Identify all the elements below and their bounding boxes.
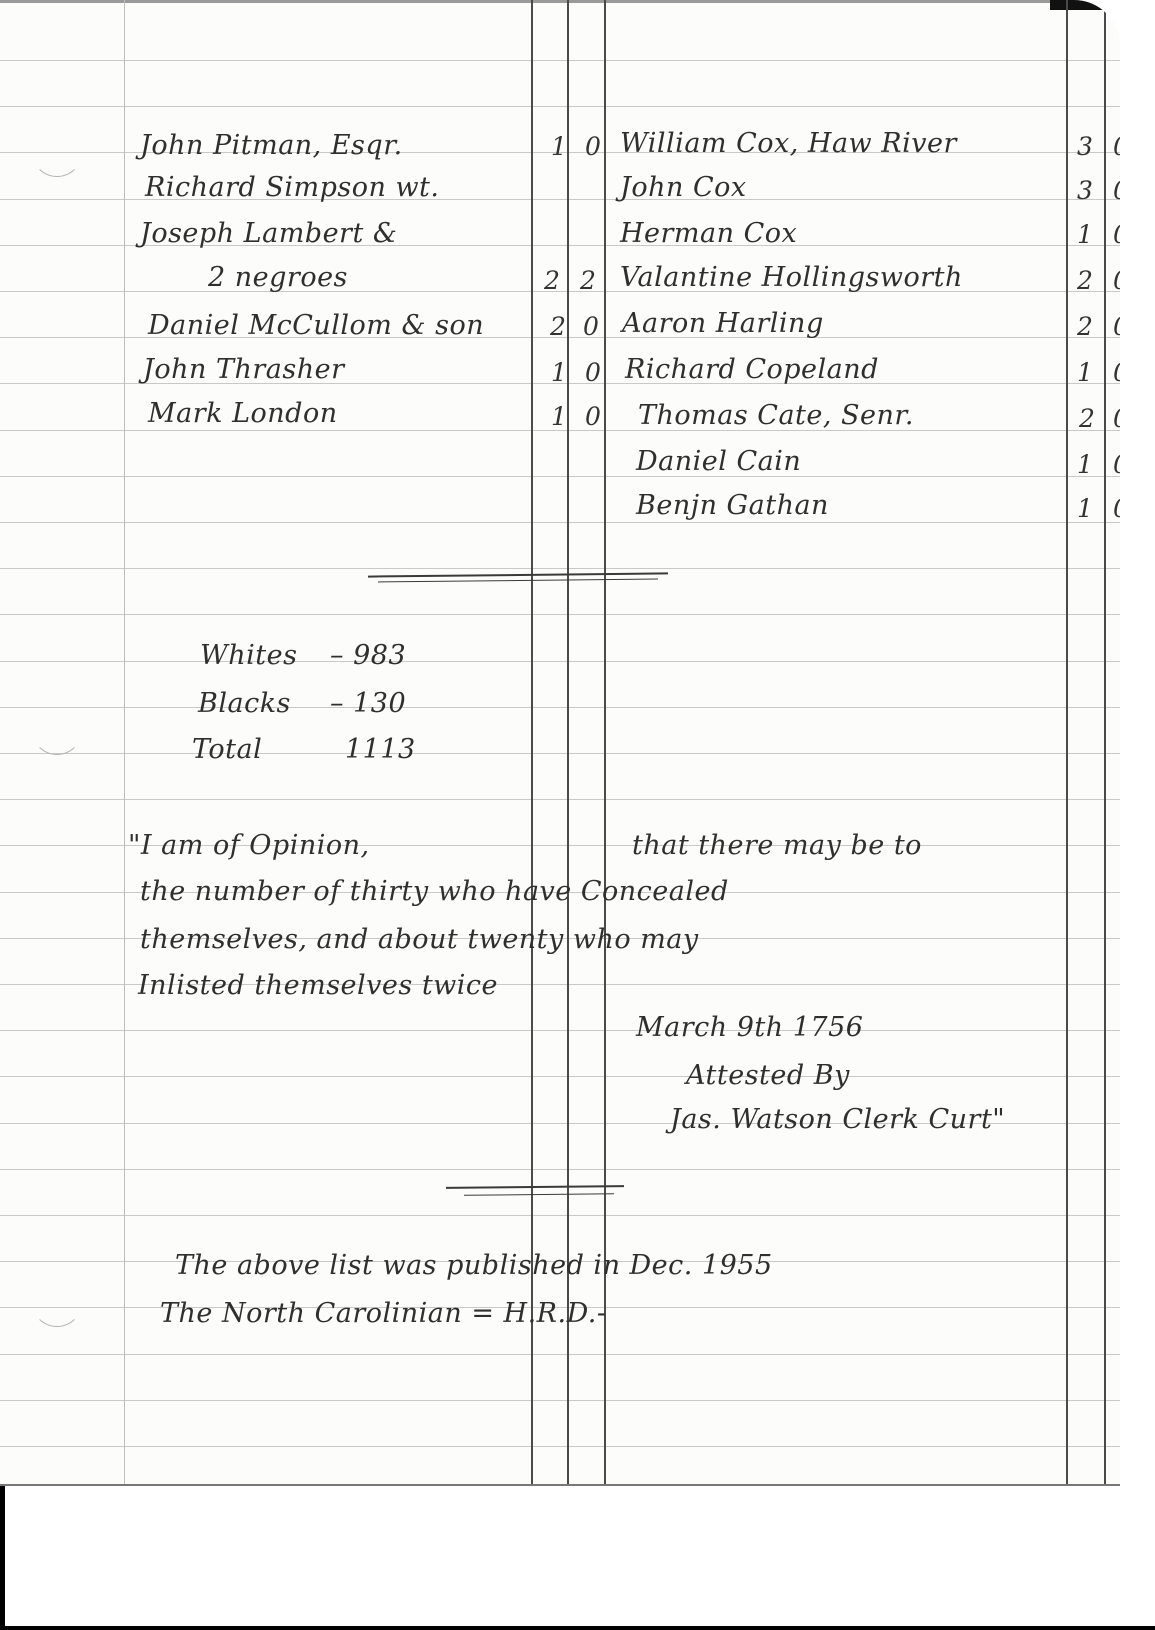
entry-name: Aaron Harling (622, 308, 824, 339)
entry-count-1: 1 (1074, 450, 1096, 479)
entry-name: John Thrasher (143, 354, 344, 385)
ruled-line (0, 476, 1120, 477)
entry-count-2: 0 (1110, 404, 1120, 433)
entry-name: Daniel Cain (636, 446, 801, 477)
section-divider (446, 1185, 624, 1189)
whites-value: – 983 (330, 640, 406, 671)
ruled-line (0, 614, 1120, 615)
entry-count-2: 0 (1110, 450, 1120, 479)
entry-name: John Pitman, Esqr. (140, 130, 403, 161)
entry-count-2: 0 (582, 132, 604, 161)
entry-count-1: 2 (1076, 404, 1098, 433)
quote-line: "I am of Opinion, (128, 830, 370, 861)
entry-name: Richard Simpson wt. (145, 172, 440, 203)
entry-name: Thomas Cate, Senr. (638, 400, 914, 431)
entry-count-1: 2 (1074, 312, 1096, 341)
ruled-line (0, 1076, 1120, 1077)
quote-line: that there may be to (632, 830, 922, 861)
total-label: Total (192, 734, 262, 765)
binder-hole (32, 128, 82, 177)
entry-name: Herman Cox (620, 218, 797, 249)
quote-line: themselves, and about twenty who may (140, 924, 699, 955)
binder-hole (32, 1278, 82, 1327)
entry-count-1: 1 (548, 358, 570, 387)
ruled-line (0, 106, 1120, 107)
ruled-line (0, 1169, 1120, 1170)
clerk-signature: Jas. Watson Clerk Curt" (670, 1104, 1005, 1135)
section-divider (368, 572, 668, 577)
ruled-line (0, 799, 1120, 800)
ruled-line (0, 522, 1120, 523)
entry-name: Daniel McCullom & son (148, 310, 484, 341)
entry-count-1: 1 (1074, 494, 1096, 523)
ruled-line (0, 1354, 1120, 1355)
column-divider (1104, 0, 1106, 1486)
binder-hole (32, 706, 82, 755)
ruled-line (0, 1215, 1120, 1216)
entry-count-2: 0 (1110, 494, 1120, 523)
entry-count-1: 1 (1074, 358, 1096, 387)
entry-name: Valantine Hollingsworth (620, 262, 963, 293)
entry-count-2: 0 (582, 358, 604, 387)
scan-corner-shadow (1050, 0, 1120, 10)
entry-count-1: 1 (1074, 220, 1096, 249)
ruled-line (0, 707, 1120, 708)
section-divider (378, 579, 658, 583)
entry-name: Joseph Lambert & (140, 218, 397, 249)
attested-by: Attested By (686, 1060, 850, 1091)
blacks-value: – 130 (330, 688, 406, 719)
entry-count-1: 1 (548, 132, 570, 161)
page-top-edge (0, 0, 1100, 3)
entry-count-2: 0 (1110, 176, 1120, 205)
entry-count-2: 2 (577, 266, 599, 295)
ruled-line (0, 568, 1120, 569)
column-divider (1066, 0, 1068, 1486)
entry-count-1: 2 (547, 312, 569, 341)
note-line: The above list was published in Dec. 195… (175, 1250, 773, 1281)
entry-count-1: 1 (548, 402, 570, 431)
ruled-line (0, 1446, 1120, 1447)
note-line: The North Carolinian = H.R.D.- (160, 1298, 607, 1329)
ruled-line (0, 1030, 1120, 1031)
entry-count-1: 3 (1074, 176, 1096, 205)
entry-name: John Cox (620, 172, 747, 203)
entry-name: Richard Copeland (625, 354, 879, 385)
entry-name: Mark London (148, 398, 338, 429)
entry-count-1: 2 (1074, 266, 1096, 295)
entry-count-1: 3 (1074, 132, 1096, 161)
whites-label: Whites (200, 640, 297, 671)
quote-line: the number of thirty who have Concealed (140, 876, 729, 907)
entry-name: 2 negroes (208, 262, 348, 293)
margin-line (124, 0, 125, 1486)
entry-count-2: 0 (1110, 132, 1120, 161)
entry-count-2: 0 (1110, 358, 1120, 387)
total-value: 1113 (345, 734, 416, 765)
blacks-label: Blacks (198, 688, 291, 719)
entry-count-1: 2 (541, 266, 563, 295)
ruled-line (0, 661, 1120, 662)
entry-count-2: 0 (1110, 266, 1120, 295)
entry-name: Benjn Gathan (636, 490, 829, 521)
entry-count-2: 0 (1110, 220, 1120, 249)
scanner-bed-area (0, 1486, 1155, 1630)
entry-count-2: 0 (1110, 312, 1120, 341)
ruled-line (0, 60, 1120, 61)
entry-count-2: 0 (580, 312, 602, 341)
ruled-line (0, 1400, 1120, 1401)
section-divider (464, 1193, 614, 1196)
entry-count-2: 0 (582, 402, 604, 431)
entry-name: William Cox, Haw River (620, 128, 957, 159)
quote-line: Inlisted themselves twice (138, 970, 498, 1001)
ruled-line (0, 753, 1120, 754)
quote-date: March 9th 1756 (636, 1012, 863, 1043)
ledger-page: John Pitman, Esqr. 1 0 Richard Simpson w… (0, 0, 1120, 1486)
